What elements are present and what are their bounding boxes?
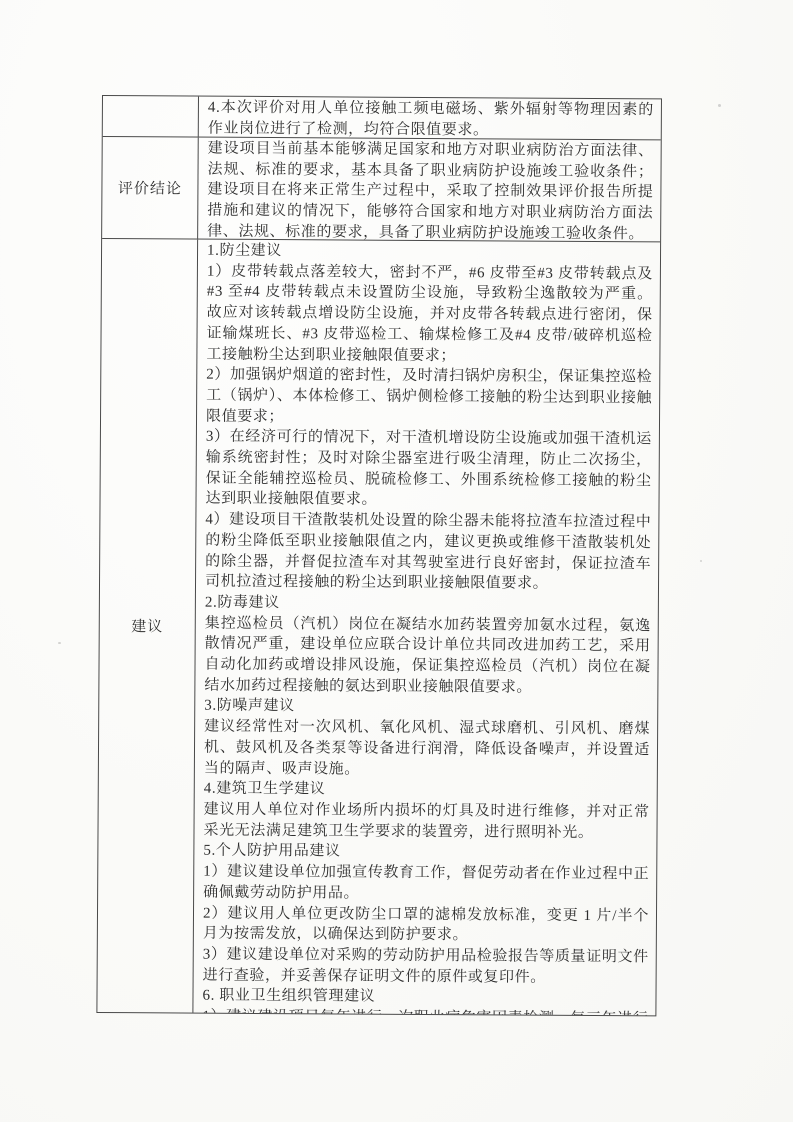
scan-noise-speck: [58, 642, 61, 644]
row-content-evaluation-conclusion: 建设项目当前基本能够满足国家和地方对职业病防治方面法律、法规、标准的要求，基本具…: [198, 138, 661, 242]
paragraph: 3.防噪声建议: [204, 696, 650, 719]
evaluation-report-table: 4.本次评价对用人单位接触工频电磁场、紫外辐射等物理因素的作业岗位进行了检测，均…: [96, 95, 662, 1016]
scan-noise-speck: [718, 104, 721, 107]
paragraph: 3）建议建设单位对采购的劳动防护用品检验报告等质量证明文件进行查验，并妥善保存证…: [203, 945, 649, 989]
paragraph: 4.建筑卫生学建议: [204, 779, 650, 802]
paragraph: 3）在经济可行的情况下，对干渣机增设防尘设施或加强干渣机运输系统密封性；及时对除…: [205, 427, 651, 513]
paragraph: 2.防毒建议: [205, 593, 651, 616]
row-label-empty: [103, 96, 199, 137]
paragraph: 集控巡检员（汽机）岗位在凝结水加药装置旁加氨水过程，氨逸散情况严重，建设单位应联…: [204, 613, 650, 699]
paragraph: 4.本次评价对用人单位接触工频电磁场、紫外辐射等物理因素的作业岗位进行了检测，均…: [208, 98, 654, 140]
scan-noise-speck: [700, 560, 702, 562]
table-row-evaluation-conclusion: 评价结论 建设项目当前基本能够满足国家和地方对职业病防治方面法律、法规、标准的要…: [102, 136, 661, 241]
paragraph: 2）加强锅炉烟道的密封性，及时清扫锅炉房积尘，保证集控巡检工（锅炉）、本体检修工…: [206, 365, 652, 430]
row-label-recommendations: 建议: [97, 239, 198, 1013]
paragraph: 1）建议建设单位加强宣传教育工作，督促劳动者在作业过程中正确佩戴劳动防护用品。: [203, 862, 649, 906]
paragraph: 1.防尘建议: [207, 241, 653, 264]
row-label-evaluation-conclusion: 评价结论: [102, 137, 199, 239]
paragraph: 建议用人单位对作业场所内损坏的灯具及时进行维修，并对正常采光无法满足建筑卫生学要…: [203, 800, 649, 844]
scanned-page: 4.本次评价对用人单位接触工频电磁场、紫外辐射等物理因素的作业岗位进行了检测，均…: [0, 0, 793, 1122]
row-content-recommendations: 1.防尘建议1）皮带转载点落差较大，密封不严，#6 皮带至#3 皮带转载点及#3…: [193, 240, 660, 1016]
paragraph: 5.个人防护用品建议: [203, 841, 649, 864]
paragraph: 1）皮带转载点落差较大，密封不严，#6 皮带至#3 皮带转载点及#3 至#4 皮…: [206, 261, 653, 367]
paragraph: 建设项目当前基本能够满足国家和地方对职业病防治方面法律、法规、标准的要求，基本具…: [207, 139, 654, 242]
row-content-physical-factors: 4.本次评价对用人单位接触工频电磁场、紫外辐射等物理因素的作业岗位进行了检测，均…: [199, 97, 661, 140]
table-row-physical-factors: 4.本次评价对用人单位接触工频电磁场、紫外辐射等物理因素的作业岗位进行了检测，均…: [103, 96, 661, 139]
paragraph: 2）建议用人单位更改防尘口罩的滤棉发放标准，变更 1 片/半个月为按需发放，以确…: [203, 903, 649, 947]
paragraph: 4）建设项目干渣散装机处设置的除尘器未能将拉渣车拉渣过程中的粉尘降低至职业接触限…: [205, 510, 651, 596]
paragraph: 6. 职业卫生组织管理建议: [202, 986, 648, 1009]
table-row-recommendations: 建议 1.防尘建议1）皮带转载点落差较大，密封不严，#6 皮带至#3 皮带转载点…: [97, 238, 660, 1015]
paragraph: 建议经常性对一次风机、氧化风机、湿式球磨机、引风机、磨煤机、鼓风机及各类泵等设备…: [204, 717, 650, 782]
